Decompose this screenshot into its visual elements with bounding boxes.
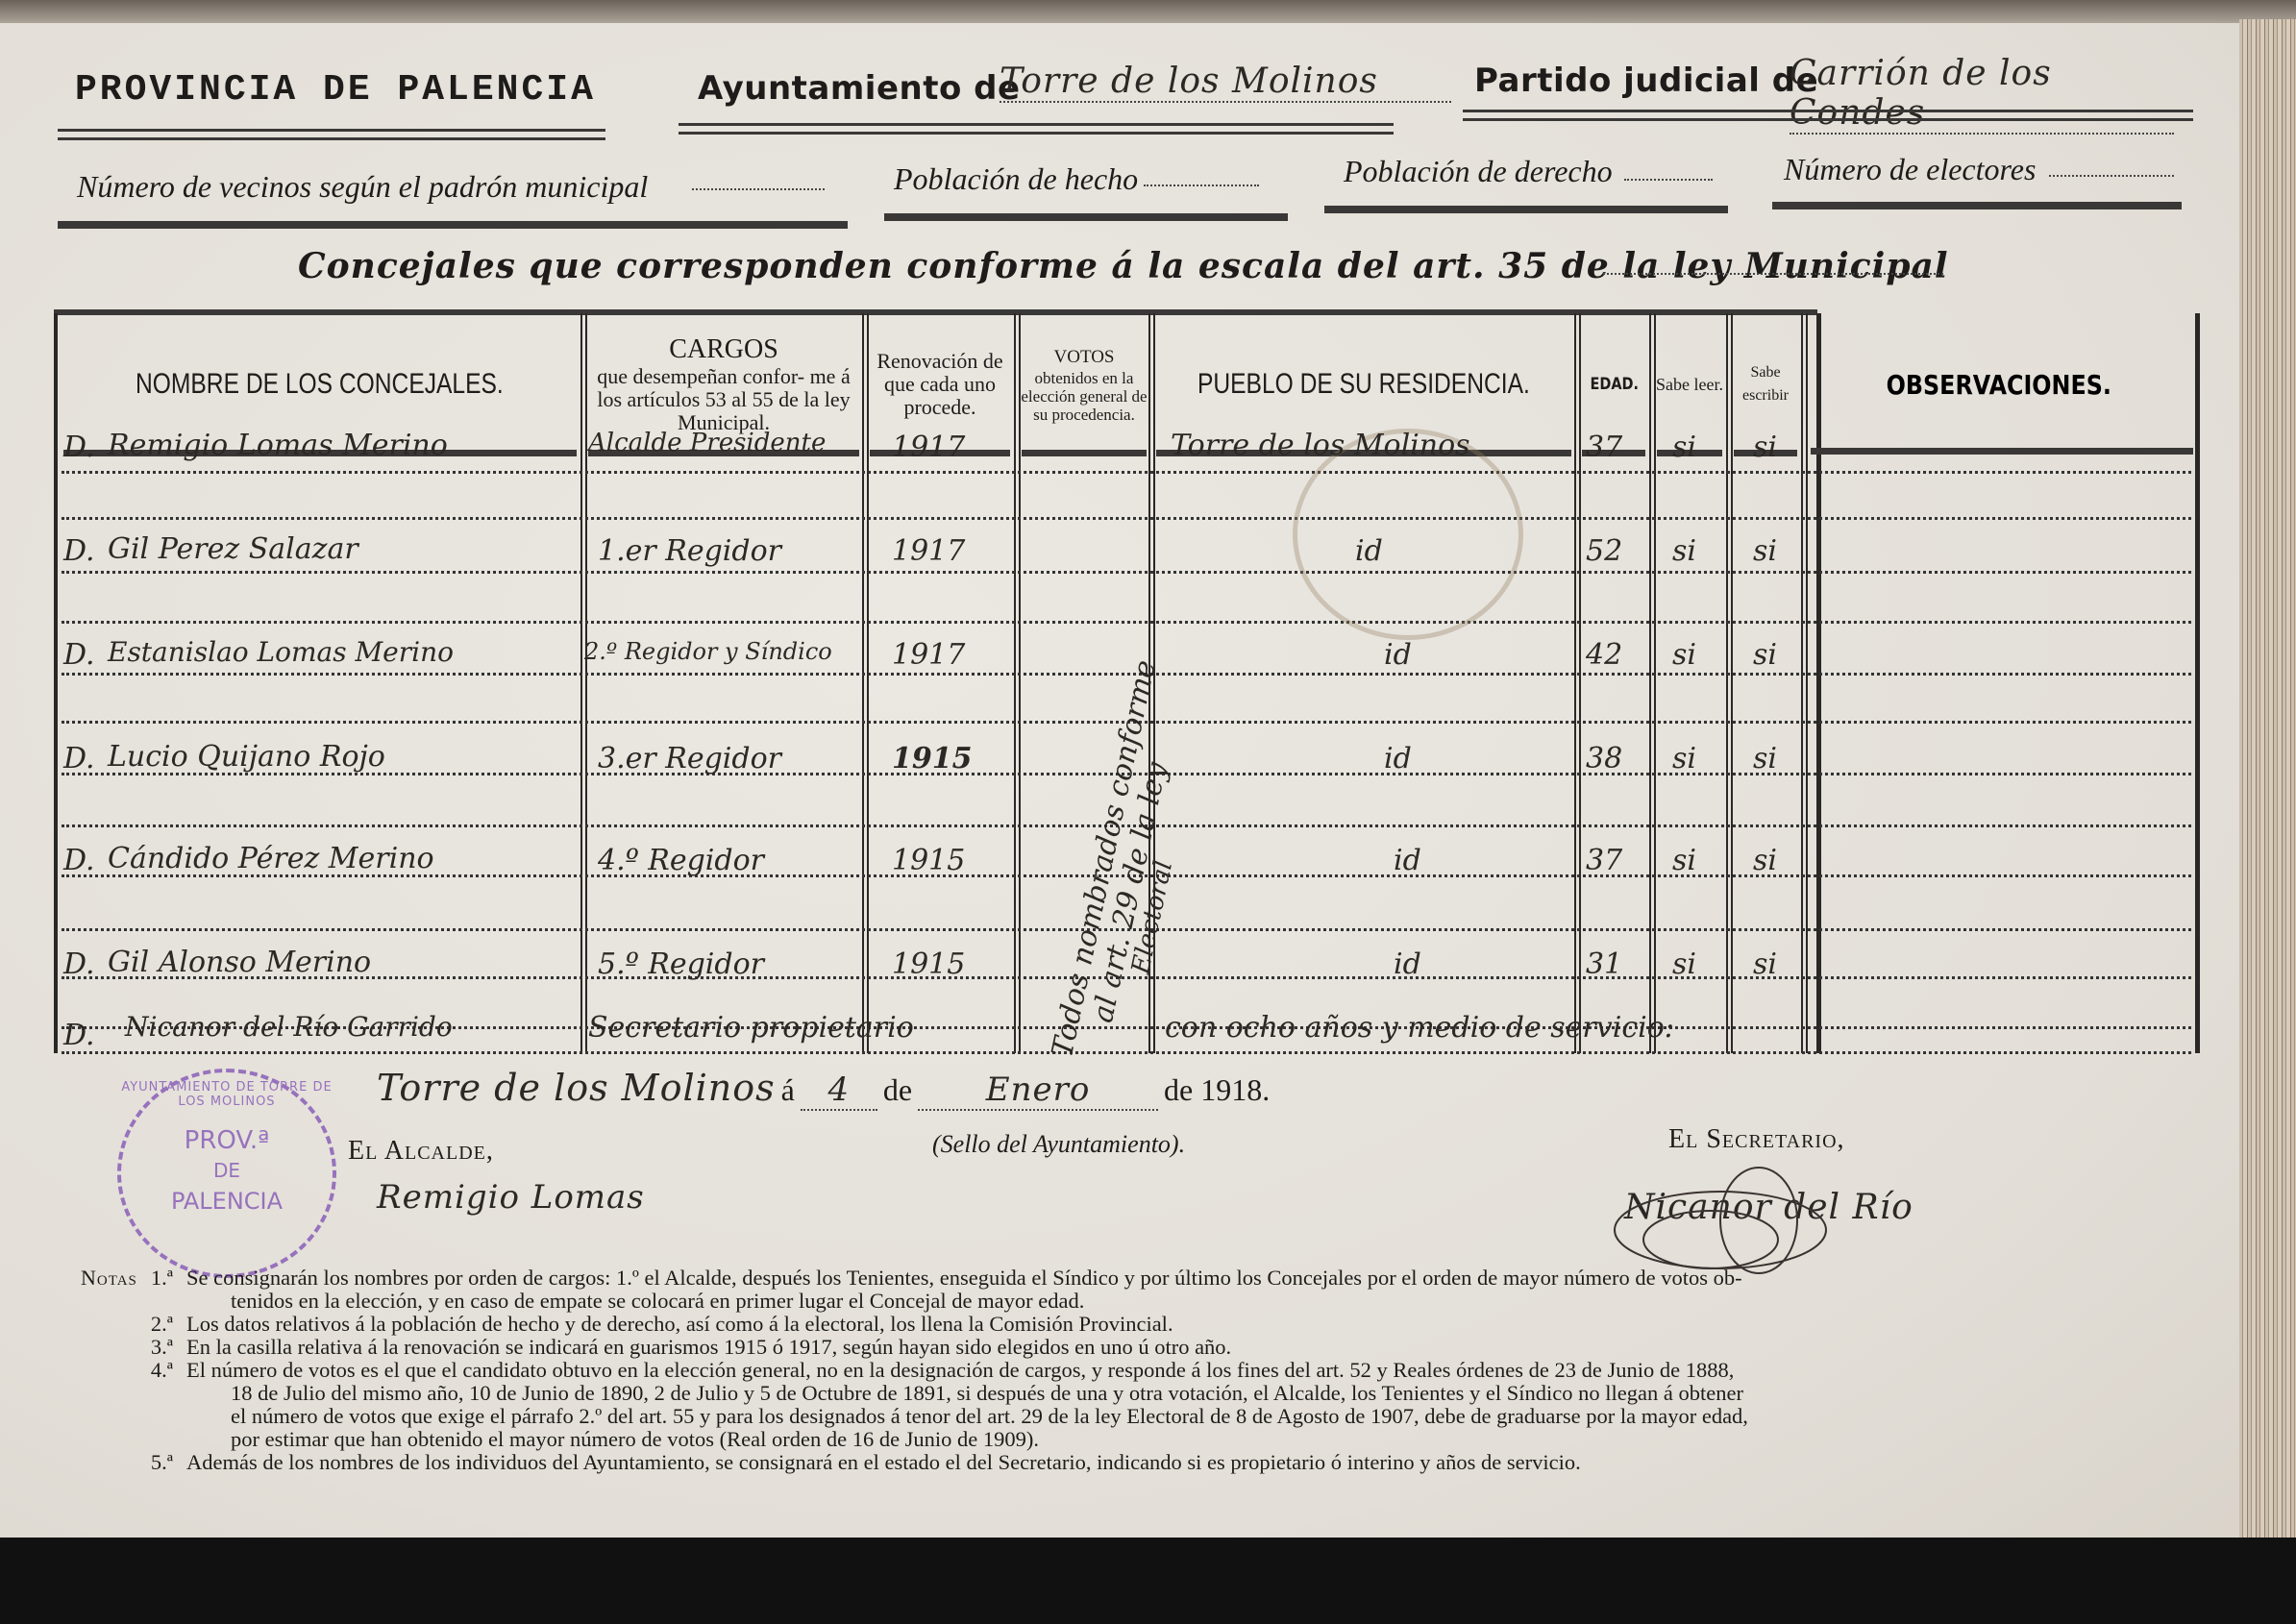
poblacion-hecho-field (1144, 185, 1259, 186)
row-cargo: 5.º Regidor (598, 947, 764, 981)
header-observaciones: OBSERVACIONES. (1803, 323, 2195, 446)
row-renovacion: 1917 (892, 431, 965, 464)
row-escribir: si (1753, 638, 1777, 672)
row-pueblo: id (1355, 534, 1383, 568)
row-pueblo: id (1394, 844, 1421, 877)
note-item: 2.ª Los datos relativos á la población d… (58, 1313, 2172, 1336)
row-rule (62, 471, 2191, 474)
row-pueblo: id (1384, 638, 1412, 672)
header-votos: VOTOS obtenidos en la elección general d… (1021, 323, 1148, 446)
ayuntamiento-label: Ayuntamiento de (698, 69, 1021, 108)
row-leer: si (1672, 431, 1696, 464)
poblacion-derecho-label: Población de derecho (1344, 154, 1613, 189)
header-nombre: NOMBRE DE LOS CONCEJALES. (58, 323, 580, 446)
partido-value: Carrión de los Condes (1790, 54, 2174, 135)
stamp-line2: DE (121, 1159, 333, 1182)
row-nombre: Gil Alonso Merino (108, 946, 371, 979)
date-month: Enero (918, 1070, 1158, 1111)
row-escribir: si (1753, 742, 1777, 775)
header-cargos: CARGOS que desempeñan confor- me á los a… (586, 323, 861, 446)
row-edad: 31 (1586, 947, 1622, 981)
row-prefix: D. (63, 1019, 95, 1052)
date-year: de 1918. (1164, 1072, 1270, 1108)
ayuntamiento-value: Torre de los Molinos (1000, 62, 1451, 103)
row-cargo: 4.º Regidor (598, 844, 764, 877)
stats-rule (58, 221, 848, 229)
row-prefix: D. (63, 947, 95, 981)
row-edad: 52 (1586, 534, 1622, 568)
row-cargo: Alcalde Presidente (588, 429, 826, 457)
electores-field (2049, 175, 2174, 177)
note-num: 4.ª (58, 1359, 186, 1382)
note-num: 3.ª (58, 1336, 186, 1359)
row-pueblo: id (1384, 742, 1412, 775)
header-cargos-sub: que desempeñan confor- me á los artículo… (586, 365, 861, 434)
row-secretario-note: con ocho años y medio de servicio: (1165, 1011, 1674, 1045)
note-num: 5.ª (58, 1451, 186, 1474)
stamp-line3: PALENCIA (121, 1188, 333, 1215)
row-pueblo: Torre de los Molinos (1171, 429, 1470, 462)
column-divider (1574, 313, 1581, 1053)
stamp-ring-text: AYUNTAMIENTO DE TORRE DE LOS MOLINOS (121, 1080, 333, 1109)
header-votos-sub: obtenidos en la elección general de su p… (1021, 369, 1148, 424)
alcalde-label: El Alcalde, (348, 1136, 494, 1167)
header-rule (1811, 448, 2193, 455)
row-escribir: si (1753, 431, 1777, 464)
partido-label: Partido judicial de (1474, 62, 1818, 100)
header-votos-title: VOTOS (1054, 346, 1115, 369)
note-number: Notas1.ª (58, 1267, 186, 1290)
header-rule (679, 123, 1394, 135)
row-cargo: 3.er Regidor (598, 742, 781, 775)
row-renovacion: 1917 (892, 534, 965, 568)
notes-label: Notas (81, 1266, 137, 1290)
header-edad-text: EDAD. (1591, 373, 1640, 396)
note-continuation: por estimar que han obtenido el mayor nú… (58, 1428, 2172, 1451)
header-rule (1463, 110, 2193, 121)
row-rule (62, 517, 2191, 520)
alcalde-signature: Remigio Lomas (377, 1178, 645, 1217)
row-prefix: D. (63, 638, 95, 672)
row-cargo: 1.er Regidor (598, 534, 781, 568)
sello-label: (Sello del Ayuntamiento). (932, 1130, 1185, 1159)
row-edad: 42 (1586, 638, 1622, 672)
header-rule (58, 129, 605, 140)
header-rule (1022, 450, 1147, 456)
row-nombre: Cándido Pérez Merino (108, 842, 434, 875)
date-de-label: de (883, 1072, 912, 1108)
header-sabe-leer: Sabe leer. (1655, 323, 1724, 446)
column-divider (1014, 313, 1021, 1053)
concejales-label: Concejales que corresponden conforme á l… (298, 246, 1949, 286)
date-day: 4 (801, 1070, 877, 1111)
header-renovacion: Renovación de que cada uno procede. (868, 323, 1012, 446)
book-page-edges (2239, 19, 2296, 1557)
note-item: 5.ª Además de los nombres de los individ… (58, 1451, 2172, 1474)
date-line: Torre de los Molinos á 4 de Enero de 191… (377, 1067, 1270, 1111)
row-renovacion: 1915 (892, 947, 965, 981)
note-item: 3.ª En la casilla relativa á la renovaci… (58, 1336, 2172, 1359)
header-cargos-title: CARGOS (669, 334, 778, 365)
notes-section: Notas1.ª Se consignarán los nombres por … (58, 1267, 2172, 1474)
row-leer: si (1672, 947, 1696, 981)
note-text: El número de votos es el que el candidat… (186, 1359, 2172, 1382)
row-rule (62, 1051, 2191, 1054)
row-leer: si (1672, 742, 1696, 775)
vecinos-field (692, 188, 825, 190)
note-text: En la casilla relativa á la renovación s… (186, 1336, 2172, 1359)
table-right-border (2195, 313, 2200, 1053)
date-place: Torre de los Molinos (377, 1067, 776, 1109)
header-edad: EDAD. (1581, 323, 1648, 446)
note-text: Se consignarán los nombres por orden de … (186, 1267, 2172, 1290)
stats-rule (1772, 202, 2182, 209)
stats-rule (1324, 206, 1728, 213)
poblacion-hecho-label: Población de hecho (894, 161, 1138, 197)
row-cargo: Secretario propietario (588, 1011, 914, 1045)
note-text: Los datos relativos á la población de he… (186, 1313, 2172, 1336)
row-edad: 37 (1586, 844, 1622, 877)
row-renovacion: 1917 (892, 638, 965, 672)
province-title: PROVINCIA DE PALENCIA (75, 69, 596, 111)
stamp-line1: PROV.ª (121, 1126, 333, 1155)
note-continuation: tenidos en la elección, y en caso de emp… (58, 1290, 2172, 1313)
note-num: 2.ª (58, 1313, 186, 1336)
poblacion-derecho-field (1624, 179, 1713, 181)
vecinos-label: Número de vecinos según el padrón munici… (77, 169, 648, 205)
row-nombre: Remigio Lomas Merino (108, 429, 448, 462)
note-item: Notas1.ª Se consignarán los nombres por … (58, 1267, 2172, 1290)
row-nombre: Gil Perez Salazar (108, 532, 358, 566)
row-escribir: si (1753, 947, 1777, 981)
row-prefix: D. (63, 431, 95, 464)
row-leer: si (1672, 534, 1696, 568)
row-prefix: D. (63, 844, 95, 877)
note-continuation: 18 de Julio del mismo año, 10 de Junio d… (58, 1382, 2172, 1405)
note-continuation: el número de votos que exige el párrafo … (58, 1405, 2172, 1428)
header-observaciones-text: OBSERVACIONES. (1887, 369, 2111, 401)
row-edad: 37 (1586, 431, 1622, 464)
note-item: 4.ª El número de votos es el que el cand… (58, 1359, 2172, 1382)
stats-rule (884, 213, 1288, 221)
header-pueblo-text: PUEBLO DE SU RESIDENCIA. (1197, 373, 1530, 396)
row-edad: 38 (1586, 742, 1622, 775)
note-num: 1.ª (151, 1266, 173, 1290)
date-a-label: á (781, 1072, 795, 1108)
ayuntamiento-stamp: AYUNTAMIENTO DE TORRE DE LOS MOLINOS PRO… (117, 1069, 336, 1278)
row-nombre: Estanislao Lomas Merino (108, 636, 454, 668)
concejales-table: NOMBRE DE LOS CONCEJALES. CARGOS que des… (54, 313, 1821, 1053)
scan-background (0, 1538, 2296, 1624)
row-rule (62, 571, 2191, 574)
row-leer: si (1672, 638, 1696, 672)
row-leer: si (1672, 844, 1696, 877)
row-escribir: si (1753, 844, 1777, 877)
electores-label: Número de electores (1784, 152, 2036, 187)
header-nombre-text: NOMBRE DE LOS CONCEJALES. (136, 373, 504, 396)
row-escribir: si (1753, 534, 1777, 568)
row-nombre: Nicanor del Río Garrido (125, 1011, 453, 1043)
note-text: Además de los nombres de los individuos … (186, 1451, 2172, 1474)
concejales-field (1603, 273, 1943, 275)
row-pueblo: id (1394, 947, 1421, 981)
row-cargo: 2.º Regidor y Síndico (584, 638, 832, 665)
row-renovacion: 1915 (892, 844, 965, 877)
row-prefix: D. (63, 534, 95, 568)
column-divider (1801, 313, 1808, 1053)
header-sabe-escribir: Sabe escribir (1732, 323, 1799, 446)
row-renovacion: 1915 (892, 742, 973, 775)
row-rule (62, 621, 2191, 624)
header-pueblo: PUEBLO DE SU RESIDENCIA. (1155, 323, 1572, 446)
row-prefix: D. (63, 742, 95, 775)
secretario-label: El Secretario, (1668, 1124, 1845, 1155)
row-nombre: Lucio Quijano Rojo (108, 740, 385, 774)
